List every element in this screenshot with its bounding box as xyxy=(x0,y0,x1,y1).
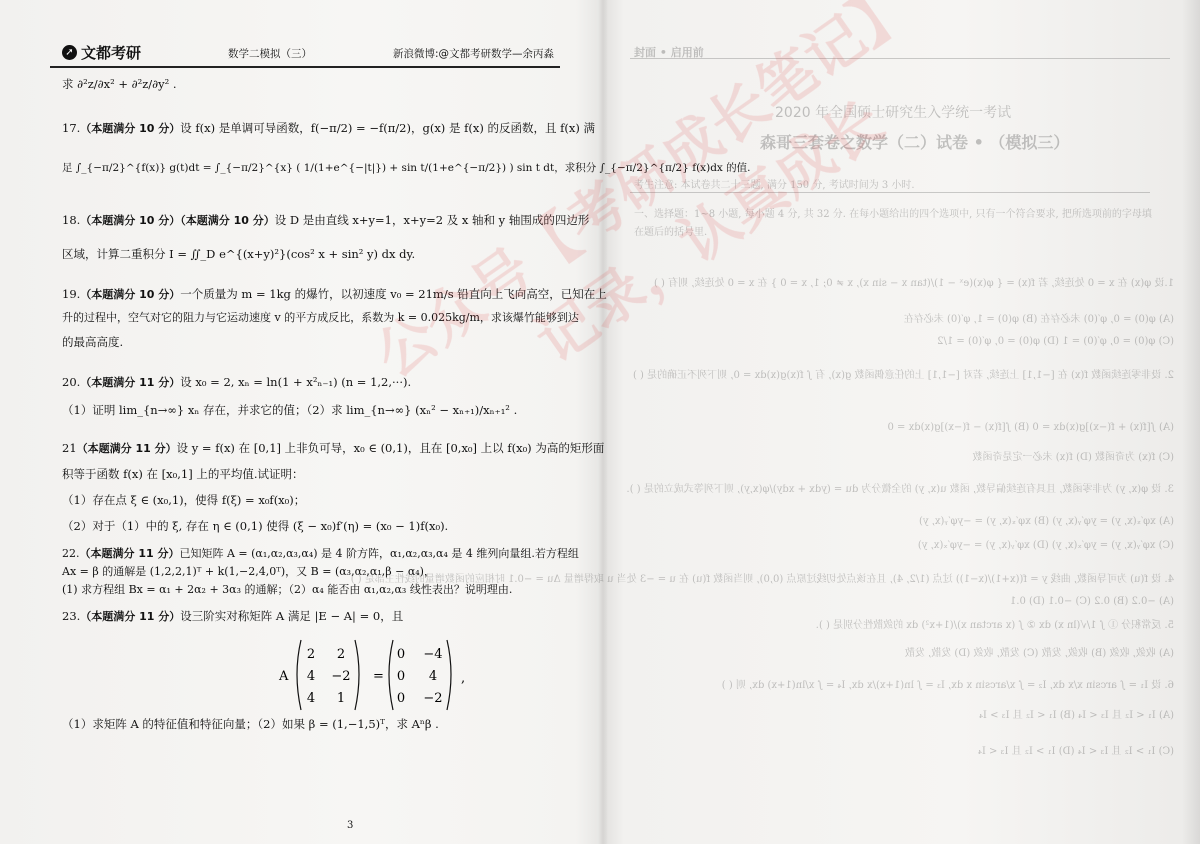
page-edge-shadow xyxy=(1182,0,1200,844)
svg-text:,: , xyxy=(461,671,465,686)
question-19-line-1: 19.（本题满分 10 分）一个质量为 m = 1kg 的爆竹，以初速度 v₀ … xyxy=(62,286,607,303)
svg-text:4: 4 xyxy=(307,669,315,684)
score-label: （本题满分 10 分）（本题满分 10 分） xyxy=(80,214,274,227)
bleed-item: (A) xφ′ₓ(x, y) = yφ′ᵧ(x, y) (B) xφ′ₓ(x, … xyxy=(919,516,1174,527)
svg-text:A: A xyxy=(278,669,289,684)
question-21-line-1: 21（本题满分 11 分）设 y = f(x) 在 [0,1] 上非负可导，x₀… xyxy=(62,440,604,457)
logo-text: 文都考研 xyxy=(81,42,141,63)
bleed-item: 3. 设 φ(x, y) 为非零函数, 且具有连续偏导数, 函数 u(x, y)… xyxy=(626,480,1174,495)
score-label: （本题满分 11 分） xyxy=(77,442,177,455)
question-21-part-1: （1）存在点 ξ ∈ (x₀,1)，使得 f(ξ) = x₀f(x₀)； xyxy=(62,492,305,508)
scanned-spread: ➚ 文都考研 数学二模拟（三） 新浪微博:@文都考研数学—余丙淼 求 ∂²z/∂… xyxy=(0,0,1200,844)
score-label: （本题满分 10 分） xyxy=(80,288,180,301)
question-21-part-2: （2）对于（1）中的 ξ, 存在 η ∈ (0,1) 使得 (ξ − x₀)f′… xyxy=(62,518,448,534)
bleed-item: 4. 设 f(u) 为可导函数, 曲线 y = f((x+1)/(x−1)) 过… xyxy=(351,570,1174,585)
bleed-item: (A) 收敛, 收敛 (B) 收敛, 发散 (C) 发散, 收敛 (D) 发散,… xyxy=(905,644,1174,659)
svg-text:−4: −4 xyxy=(423,647,442,662)
right-page-bleed: 封面 • 启用前 2020 年全国硕士研究生入学统一考试 森哥三套卷之数学（二）… xyxy=(630,30,1170,810)
bleed-item: (A) −0.2 (B) 0.2 (C) −0.1 (D) 0.1 xyxy=(1010,596,1174,607)
svg-text:4: 4 xyxy=(307,691,315,706)
svg-text:=: = xyxy=(373,669,384,684)
page-gutter xyxy=(598,0,608,844)
svg-text:1: 1 xyxy=(337,691,345,706)
score-label: （本题满分 10 分） xyxy=(80,122,180,135)
svg-text:2: 2 xyxy=(337,647,345,662)
bleed-item: 2. 设非零连续函数 f(x) 在 [−1,1] 上连续, 若对 [−1,1] … xyxy=(633,366,1174,381)
brand-logo: ➚ 文都考研 xyxy=(62,42,141,63)
weibo-handle: 新浪微博:@文都考研数学—余丙淼 xyxy=(393,46,554,61)
matrix-equation: A224−241=0−4040−2, xyxy=(275,636,575,719)
svg-text:0: 0 xyxy=(397,691,405,706)
bleed-item: 5. 反常积分 ① ∫ 1/√(ln x) dx ② ∫ (x arctan x… xyxy=(816,616,1174,631)
question-21-line-2: 积等于函数 f(x) 在 [x₀,1] 上的平均值.试证明： xyxy=(62,466,304,482)
svg-text:2: 2 xyxy=(307,647,315,662)
question-20-line-2: （1）证明 lim_{n→∞} xₙ 存在，并求它的值；（2）求 lim_{n→… xyxy=(62,402,517,418)
score-label: （本题满分 11 分） xyxy=(80,376,180,389)
bleed-header-rule xyxy=(630,58,1170,59)
paper-title: 数学二模拟（三） xyxy=(228,46,312,61)
bleed-item: (A) I₁ < I₂ 且 I₃ < I₄ (B) I₁ < I₂ 且 I₃ >… xyxy=(979,706,1174,721)
bleed-paper-title: 森哥三套卷之数学（二）试卷 • （模拟三） xyxy=(760,130,1069,153)
question-17-line-1: 17.（本题满分 10 分）设 f(x) 是单调可导函数，f(−π/2) = −… xyxy=(62,120,595,137)
bleed-notice: 考生注意: 本试卷共二十三题, 满分 150 分, 考试时间为 3 小时. xyxy=(634,176,915,191)
question-18-line-1: 18.（本题满分 10 分）（本题满分 10 分）设 D 是由直线 x+y=1，… xyxy=(62,212,589,229)
svg-text:−2: −2 xyxy=(423,691,442,706)
bleed-item: (C) xφ′ᵧ(x, y) = yφ′ₓ(x, y) (D) xφ′ᵧ(x, … xyxy=(918,540,1174,551)
bleed-notice-rule xyxy=(630,192,1150,193)
bleed-item: 1.设 φ(x) 在 x = 0 处连续, 若 f(x) = { φ(x)(eˣ… xyxy=(654,274,1174,289)
question-19-line-2: 升的过程中，空气对它的阻力与它运动速度 v 的平方成反比，系数为 k = 0.0… xyxy=(62,310,579,326)
bleed-section-one: 一、选择题：1~8 小题, 每小题 4 分, 共 32 分. 在每小题给出的四个… xyxy=(634,206,1154,242)
matrix-equation-graphic: A224−241=0−4040−2, xyxy=(275,636,575,716)
score-label: （本题满分 11 分） xyxy=(80,547,180,560)
bleed-item: (C) φ(0) = 0, φ′(0) = 1 (D) φ(0) = 0, φ′… xyxy=(937,336,1174,347)
bleed-item: (A) φ(0) = 0, φ′(0) 未必存在 (B) φ(0) = 1, φ… xyxy=(904,310,1174,325)
page-header: ➚ 文都考研 数学二模拟（三） 新浪微博:@文都考研数学—余丙淼 xyxy=(50,36,560,68)
svg-text:0: 0 xyxy=(397,669,405,684)
svg-text:4: 4 xyxy=(429,669,437,684)
bleed-exam-title: 2020 年全国硕士研究生入学统一考试 xyxy=(775,102,1011,122)
page-number: 3 xyxy=(347,820,353,831)
continuation-text: 求 ∂²z/∂x² + ∂²z/∂y² . xyxy=(62,76,177,92)
question-23-after: （1）求矩阵 A 的特征值和特征向量；（2）如果 β = (1,−1,5)ᵀ，求… xyxy=(62,716,439,732)
question-18-line-2: 区域，计算二重积分 I = ∬_D e^{(x+y)²}(cos² x + si… xyxy=(62,246,415,262)
svg-text:−2: −2 xyxy=(331,669,350,684)
logo-mark-icon: ➚ xyxy=(62,45,77,60)
question-23-line-1: 23.（本题满分 11 分）设三阶实对称矩阵 A 满足 |E − A| = 0，… xyxy=(62,608,403,625)
score-label: （本题满分 11 分） xyxy=(80,610,180,623)
left-page: ➚ 文都考研 数学二模拟（三） 新浪微博:@文都考研数学—余丙淼 求 ∂²z/∂… xyxy=(50,36,560,68)
question-20-line-1: 20.（本题满分 11 分）设 x₀ = 2, xₙ = ln(1 + x²ₙ₋… xyxy=(62,374,411,391)
question-19-line-3: 的最高高度. xyxy=(62,334,123,350)
bleed-item: 6. 设 I₁ = ∫ arcsin x/x dx, I₂ = ∫ x/arcs… xyxy=(722,676,1174,691)
svg-text:0: 0 xyxy=(397,647,405,662)
bleed-item: (C) f(x) 为奇函数 (D) f(x) 未必一定是奇函数 xyxy=(973,448,1174,463)
bleed-item: (A) ∫[f(x) + f(−x)]g(x)dx = 0 (B) ∫[f(x)… xyxy=(887,422,1174,433)
question-22-line-1: 22.（本题满分 11 分）已知矩阵 A = (α₁,α₂,α₃,α₄) 是 4… xyxy=(62,546,579,562)
bleed-item: (C) I₁ > I₂ 且 I₃ < I₄ (D) I₁ > I₂ 且 I₃ <… xyxy=(978,742,1174,757)
